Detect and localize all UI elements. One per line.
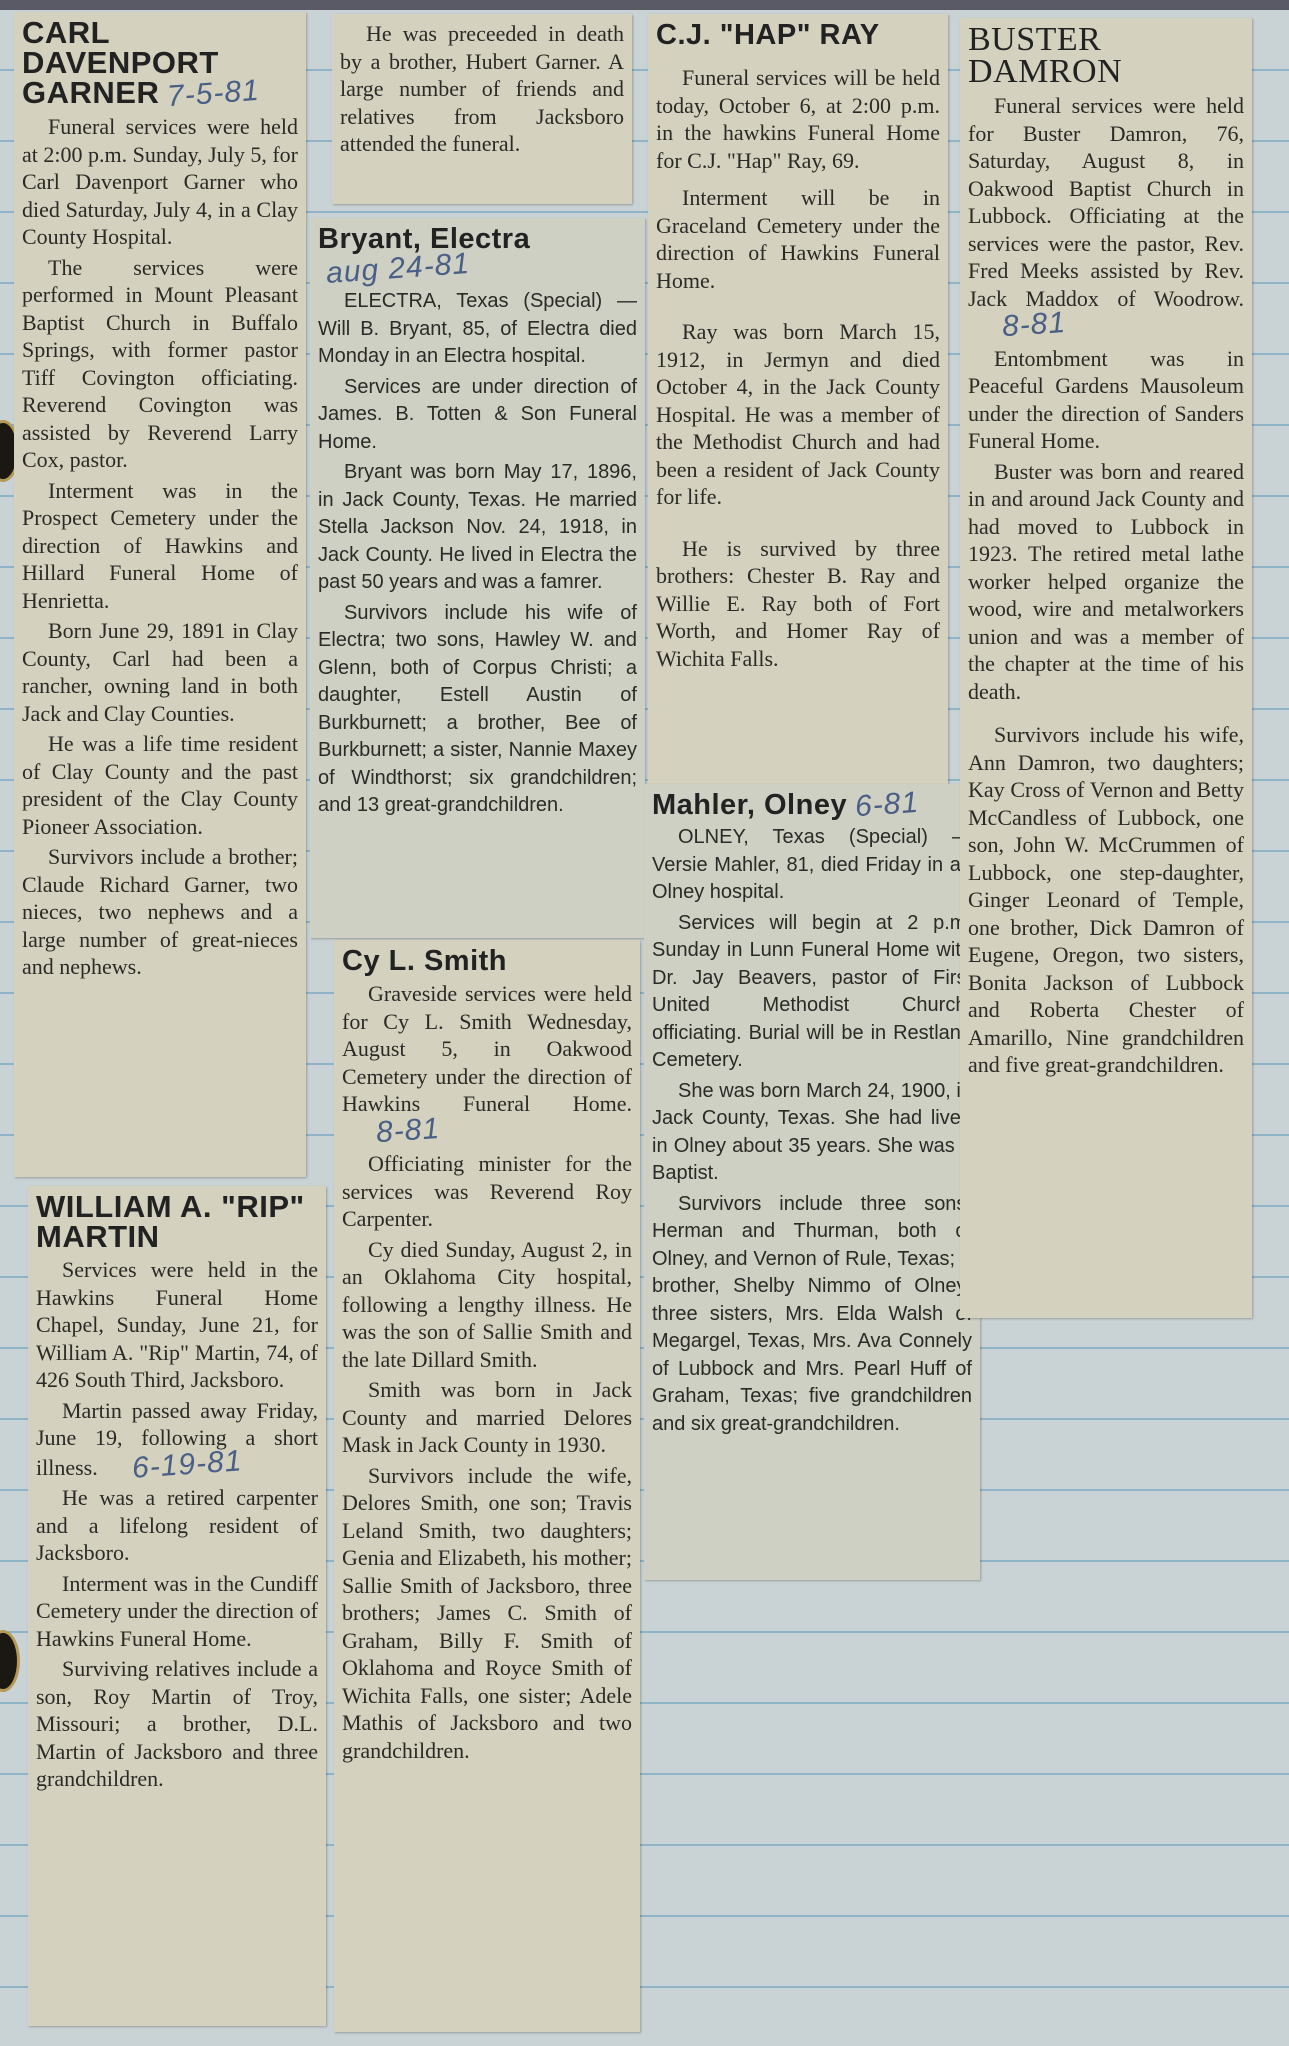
clipping-garner-continuation: He was preceeded in death by a brother, …: [332, 14, 632, 204]
paragraph: Martin passed away Friday, June 19, foll…: [36, 1397, 318, 1482]
paragraph: The services were performed in Mount Ple…: [22, 254, 298, 474]
paragraph: Ray was born March 15, 1912, in Jermyn a…: [656, 318, 940, 511]
handwritten-date: 6-19-81: [105, 1447, 243, 1484]
paragraph: Survivors include his wife of Electra; t…: [318, 600, 637, 820]
headline: WILLIAM A. "RIP" MARTIN: [36, 1192, 318, 1252]
paragraph: Services will begin at 2 p.m. Sunday in …: [652, 910, 972, 1075]
paragraph: Interment was in the Prospect Cemetery u…: [22, 477, 298, 615]
clipping-garner: CARL DAVENPORT GARNER7-5-81 Funeral serv…: [14, 12, 306, 1177]
paragraph: He is survived by three brothers: Cheste…: [656, 535, 940, 673]
paragraph: Officiating minister for the services wa…: [342, 1150, 632, 1233]
paragraph: Entombment was in Peaceful Gardens Mauso…: [968, 345, 1244, 455]
paragraph: Interment was in the Cundiff Cemetery un…: [36, 1570, 318, 1653]
paragraph: ELECTRA, Texas (Special) — Will B. Bryan…: [318, 288, 637, 371]
clipping-bryant: Bryant, Electraaug 24-81 ELECTRA, Texas …: [310, 218, 645, 938]
paragraph: Services were held in the Hawkins Funera…: [36, 1256, 318, 1394]
paragraph: Survivors include a brother; Claude Rich…: [22, 843, 298, 981]
handwritten-date: 8-81: [349, 1114, 441, 1148]
headline: Cy L. Smith: [342, 946, 632, 976]
paragraph: Buster was born and reared in and around…: [968, 458, 1244, 706]
handwritten-date: 8-81: [975, 309, 1067, 343]
paragraph: She was born March 24, 1900, in Jack Cou…: [652, 1078, 972, 1188]
handwritten-date: 6-81: [854, 788, 920, 822]
paragraph: Survivors include three sons, Herman and…: [652, 1191, 972, 1439]
paragraph: Bryant was born May 17, 1896, in Jack Co…: [318, 459, 637, 597]
clipping-martin: WILLIAM A. "RIP" MARTIN Services were he…: [28, 1186, 326, 2026]
headline: Bryant, Electraaug 24-81: [318, 224, 637, 284]
paragraph: Born June 29, 1891 in Clay County, Carl …: [22, 617, 298, 727]
paragraph: Graveside services were held for Cy L. S…: [342, 980, 632, 1147]
paragraph: Survivors include the wife, Delores Smit…: [342, 1462, 632, 1765]
paragraph: OLNEY, Texas (Special) — Versie Mahler, …: [652, 824, 972, 907]
paragraph: Funeral services were held at 2:00 p.m. …: [22, 113, 298, 251]
paragraph: Cy died Sunday, August 2, in an Oklahoma…: [342, 1236, 632, 1374]
paragraph: He was preceeded in death by a brother, …: [340, 20, 624, 158]
binder-ring-hole: [0, 1630, 20, 1692]
headline: C.J. "HAP" RAY: [656, 20, 940, 50]
handwritten-date: aug 24-81: [325, 249, 471, 289]
paragraph: Smith was born in Jack County and marrie…: [342, 1376, 632, 1459]
clipping-smith: Cy L. Smith Graveside services were held…: [334, 940, 640, 2032]
paragraph: Funeral services were held for Buster Da…: [968, 92, 1244, 342]
headline: BUSTER DAMRON: [968, 24, 1244, 88]
paragraph: Survivors include his wife, Ann Damron, …: [968, 721, 1244, 1079]
paragraph: He was a life time resident of Clay Coun…: [22, 730, 298, 840]
headline: Mahler, Olney6-81: [652, 790, 972, 820]
paragraph: He was a retired carpenter and a lifelon…: [36, 1484, 318, 1567]
paragraph: Surviving relatives include a son, Roy M…: [36, 1655, 318, 1793]
headline: CARL DAVENPORT GARNER7-5-81: [22, 18, 298, 109]
binder-top-edge: [0, 0, 1289, 10]
paragraph: Services are under direction of James. B…: [318, 374, 637, 457]
paragraph: Interment will be in Graceland Cemetery …: [656, 184, 940, 294]
clipping-damron: BUSTER DAMRON Funeral services were held…: [960, 18, 1252, 1318]
clipping-ray: C.J. "HAP" RAY Funeral services will be …: [648, 14, 948, 784]
clipping-mahler: Mahler, Olney6-81 OLNEY, Texas (Special)…: [644, 784, 980, 1580]
handwritten-date: 7-5-81: [166, 76, 261, 112]
paragraph: Funeral services will be held today, Oct…: [656, 64, 940, 174]
